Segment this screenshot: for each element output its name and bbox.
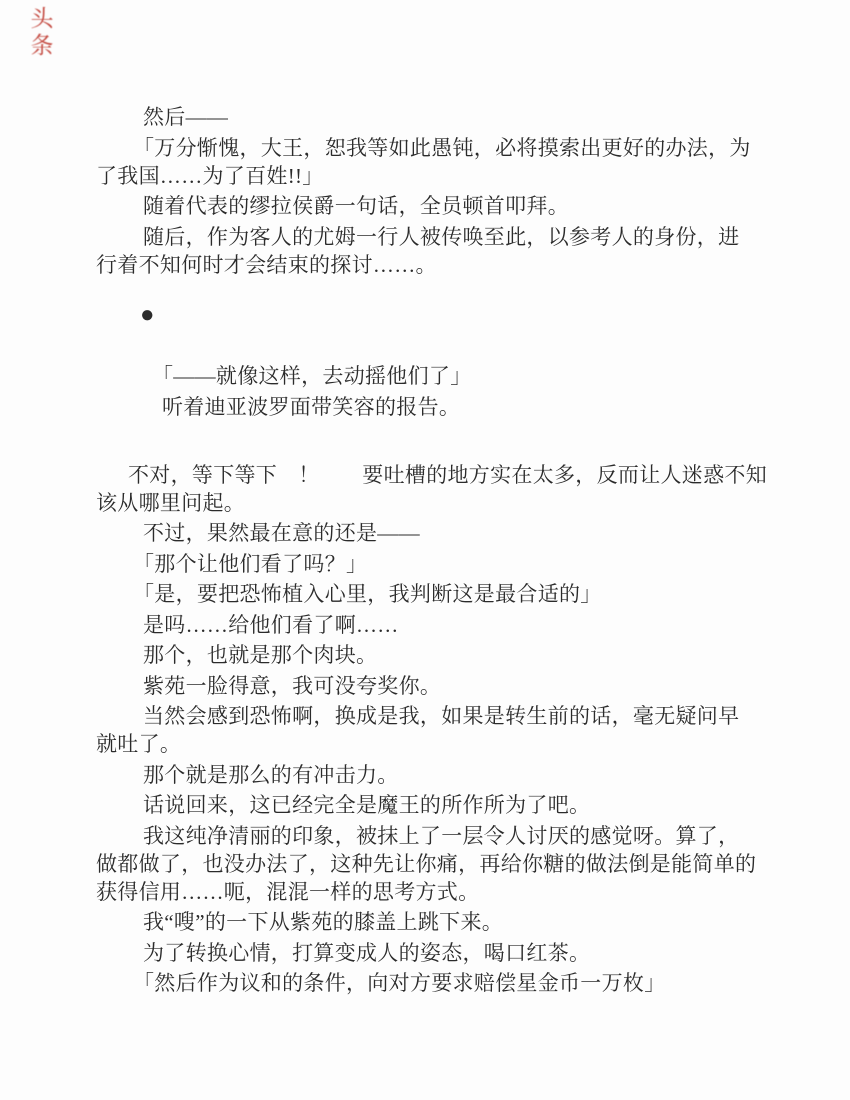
text-line: 获得信用……呃，混混一样的思考方式。 xyxy=(96,878,850,906)
text-line: 我这纯净清丽的印象，被抹上了一层令人讨厌的感觉呀。算了， xyxy=(96,822,850,850)
text-line: 那个就是那么的有冲击力。 xyxy=(96,761,850,789)
text-line: 「万分惭愧，大王，恕我等如此愚钝，必将摸索出更好的办法，为 xyxy=(96,134,850,162)
text-line: 「是，要把恐怖植入心里，我判断这是最合适的」 xyxy=(96,580,850,608)
text-line: 不过，果然最在意的还是—— xyxy=(96,519,850,547)
text-line: 「然后作为议和的条件，向对方要求赔偿星金币一万枚」 xyxy=(96,969,850,997)
text-line: 不对，等下等下 ！ 要吐槽的地方实在太多，反而让人迷惑不知 xyxy=(96,461,850,489)
text-line: 为了转换心情，打算变成人的姿态，喝口红茶。 xyxy=(96,939,850,967)
text-line: 做都做了，也没办法了，这种先让你痛，再给你糖的做法倒是能简单的 xyxy=(96,850,850,878)
text-line: 那个，也就是那个肉块。 xyxy=(96,641,850,669)
text-line: 「——就像这样，去动摇他们了」 xyxy=(96,362,850,390)
text-line: 该从哪里问起。 xyxy=(96,489,850,517)
text-line: 听着迪亚波罗面带笑容的报告。 xyxy=(96,393,850,421)
text-line: 随着代表的缪拉侯爵一句话，全员顿首叩拜。 xyxy=(96,192,850,220)
text-line: 行着不知何时才会结束的探讨……。 xyxy=(96,251,850,279)
text-line: 随后，作为客人的尤姆一行人被传唤至此，以参考人的身份，进 xyxy=(96,223,850,251)
section-bullet: ● xyxy=(96,301,850,329)
text-line: 然后—— xyxy=(96,103,850,131)
text-line: 我“嗖”的一下从紫苑的膝盖上跳下来。 xyxy=(96,908,850,936)
page-content: 然后——「万分惭愧，大王，恕我等如此愚钝，必将摸索出更好的办法，为了我国……为了… xyxy=(0,0,850,997)
text-line: 了我国……为了百姓!!」 xyxy=(96,162,850,190)
text-line: 紫苑一脸得意，我可没夸奖你。 xyxy=(96,672,850,700)
text-line: 就吐了。 xyxy=(96,730,850,758)
novel-page: 头 条 然后——「万分惭愧，大王，恕我等如此愚钝，必将摸索出更好的办法，为了我国… xyxy=(0,0,850,1100)
text-line: 是吗……给他们看了啊…… xyxy=(96,611,850,639)
text-line: 当然会感到恐怖啊，换成是我，如果是转生前的话，毫无疑问早 xyxy=(96,702,850,730)
text-line: 「那个让他们看了吗？」 xyxy=(96,550,850,578)
text-line: 话说回来，这已经完全是魔王的所作所为了吧。 xyxy=(96,791,850,819)
